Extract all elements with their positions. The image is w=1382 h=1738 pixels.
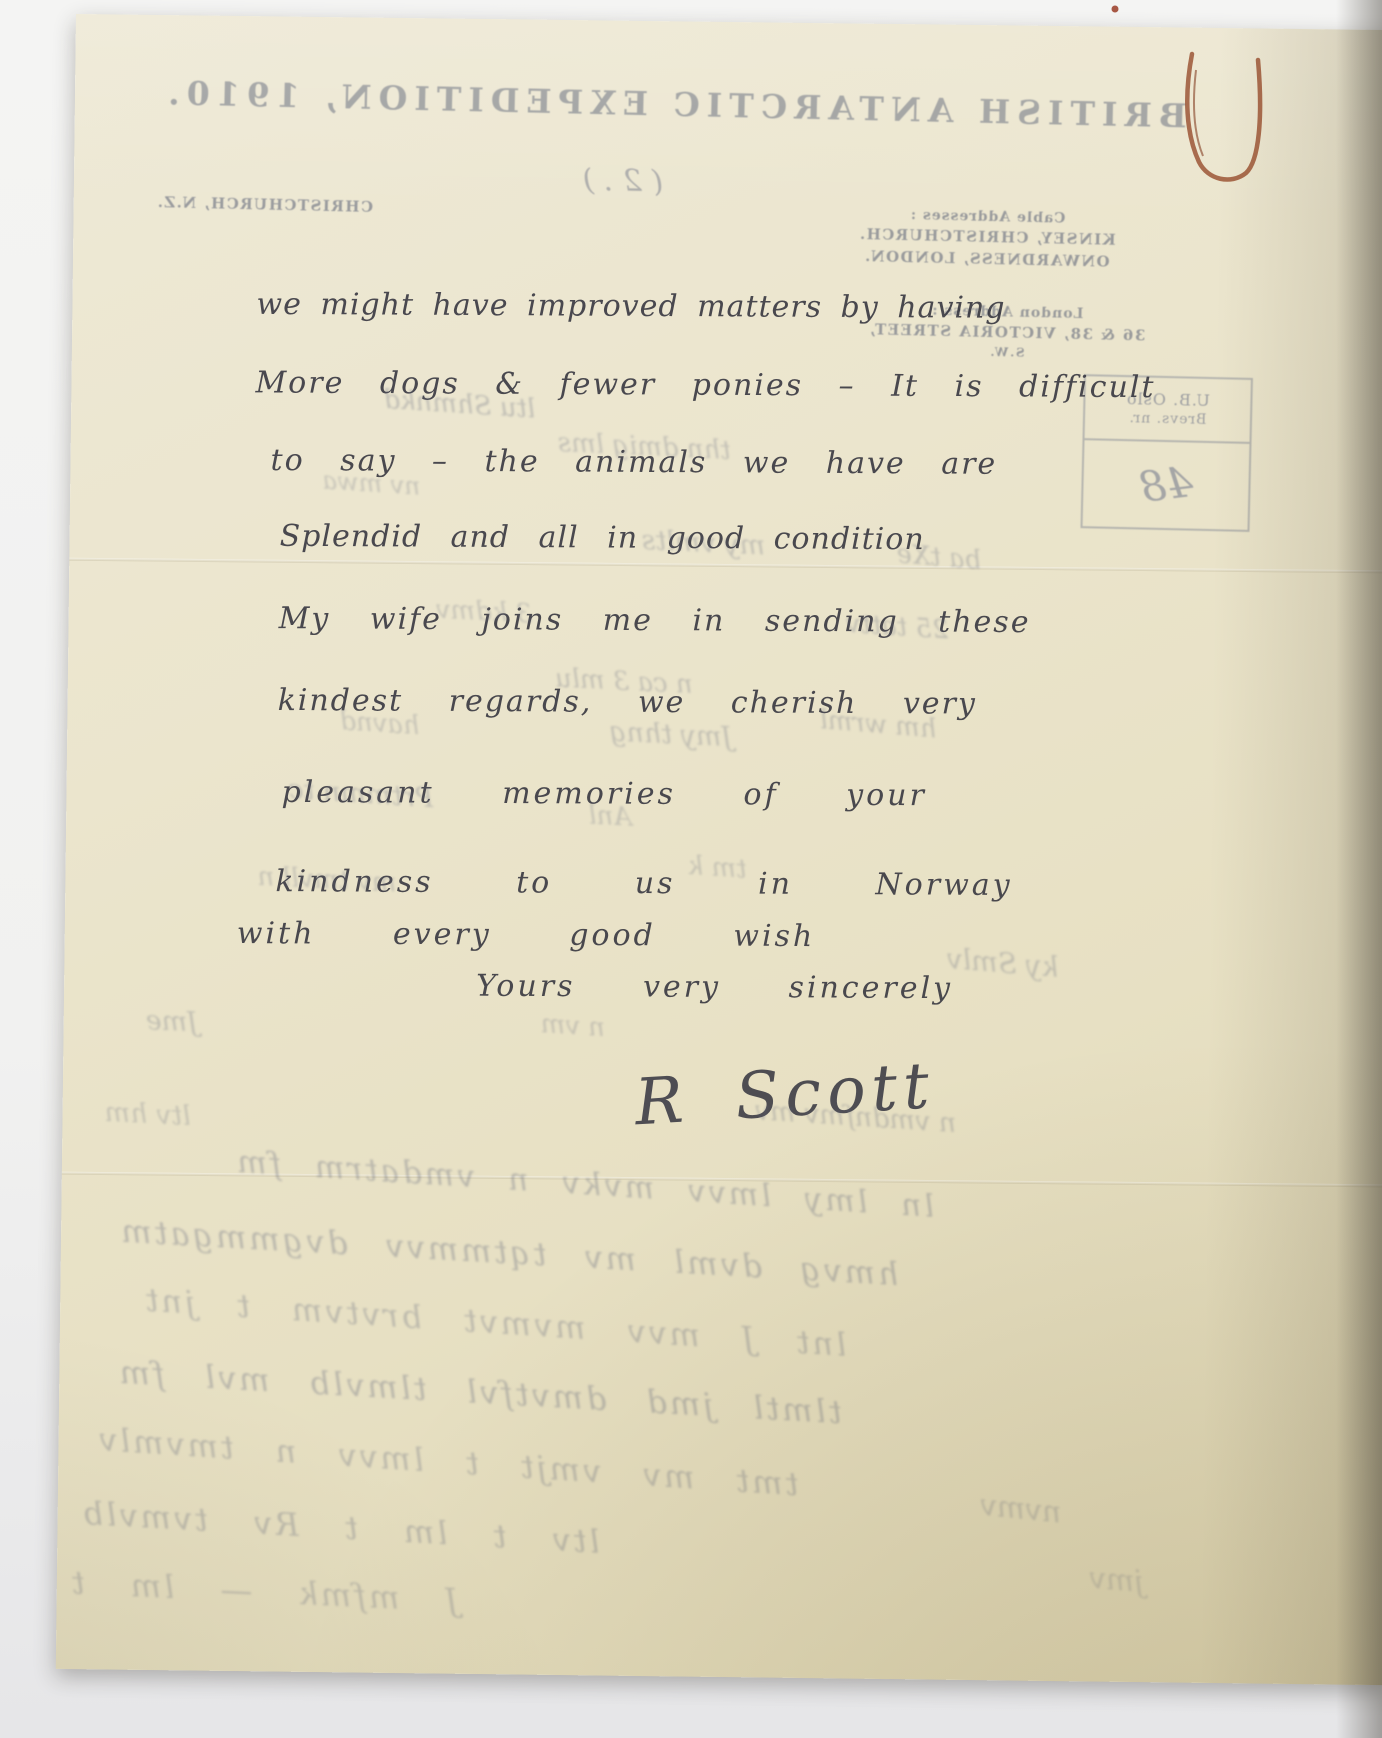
showthrough-line: Jme <box>145 1005 199 1038</box>
london-address-sw: S.W. <box>841 341 1171 366</box>
letter-line-9: with every good wish <box>237 916 816 954</box>
showthrough-line: Jmy thng <box>609 716 734 753</box>
showthrough-line: lnt J mvv mvmvt brvtvm t jnt <box>142 1280 848 1363</box>
showthrough-line: n ca 3 mlu <box>554 664 693 700</box>
cable-address-2: ONWARDNESS, LONDON. <box>855 246 1117 274</box>
showthrough-line: tm k <box>687 851 748 885</box>
showthrough-line: 25 tattv <box>845 609 950 646</box>
showthrough-line: jmv <box>1088 1561 1145 1600</box>
christchurch-address: CHRISTCHURCH, N.Z. <box>144 192 384 219</box>
showthrough-line: 3 kdmv <box>435 595 533 630</box>
letter-line-1: we might have improved matters by having <box>256 287 1005 326</box>
showthrough-line: tmt mv vmjt t lmvv n tmvmlv <box>95 1420 800 1503</box>
showthrough-line: ba tXe <box>895 539 982 576</box>
photo-of-letter: BRITISH ANTARCTIC EXPEDITION, 1910. ( 2 … <box>0 0 1382 1738</box>
showthrough-line: nvmv <box>978 1488 1063 1531</box>
letterhead-title: BRITISH ANTARCTIC EXPEDITION, 1910. <box>77 71 1272 137</box>
cable-address-1: KINSEY, CHRISTCHURCH. <box>856 224 1118 252</box>
showthrough-line: havnd <box>338 706 420 741</box>
cable-addresses-label: Cable Addresses : <box>856 204 1118 230</box>
cable-addresses-block: Cable Addresses : KINSEY, CHRISTCHURCH. … <box>855 204 1118 274</box>
letter-line-10: Yours very sincerely <box>476 969 953 1006</box>
showthrough-line: J mfmk — lm t <box>68 1563 459 1619</box>
showthrough-line: nv mwa <box>321 466 421 501</box>
showthrough-line: hmvg dvml mv tqtmmvv dvgmmgatm <box>117 1212 899 1294</box>
fold-crease-upper <box>69 558 1382 574</box>
showthrough-line: tlmtl jmd dmvtfvl tlmvlb mvl fm <box>116 1353 843 1431</box>
stamp-line-2: Brevs. nr. <box>1128 410 1206 431</box>
showthrough-line: ltv hm <box>104 1097 192 1132</box>
letter-sheet: BRITISH ANTARCTIC EXPEDITION, 1910. ( 2 … <box>56 14 1382 1685</box>
showthrough-line: n vm <box>540 1009 606 1043</box>
page-number: ( 2 . ) <box>582 163 663 200</box>
showthrough-line: Anl <box>588 801 633 833</box>
letter-line-4: Splendid and all in good condition <box>280 519 925 557</box>
showthrough-line: ky Smlv <box>945 942 1060 984</box>
showthrough-line: my vmlts <box>641 525 766 562</box>
stamp-number: 48 <box>1079 433 1253 536</box>
showthrough-line: ln lmy lmvv mvkv n vmdatrm fm <box>233 1144 935 1225</box>
rust-dot <box>1112 6 1119 13</box>
showthrough-line: ltv t lm t Rv tvmvlb <box>79 1494 601 1561</box>
